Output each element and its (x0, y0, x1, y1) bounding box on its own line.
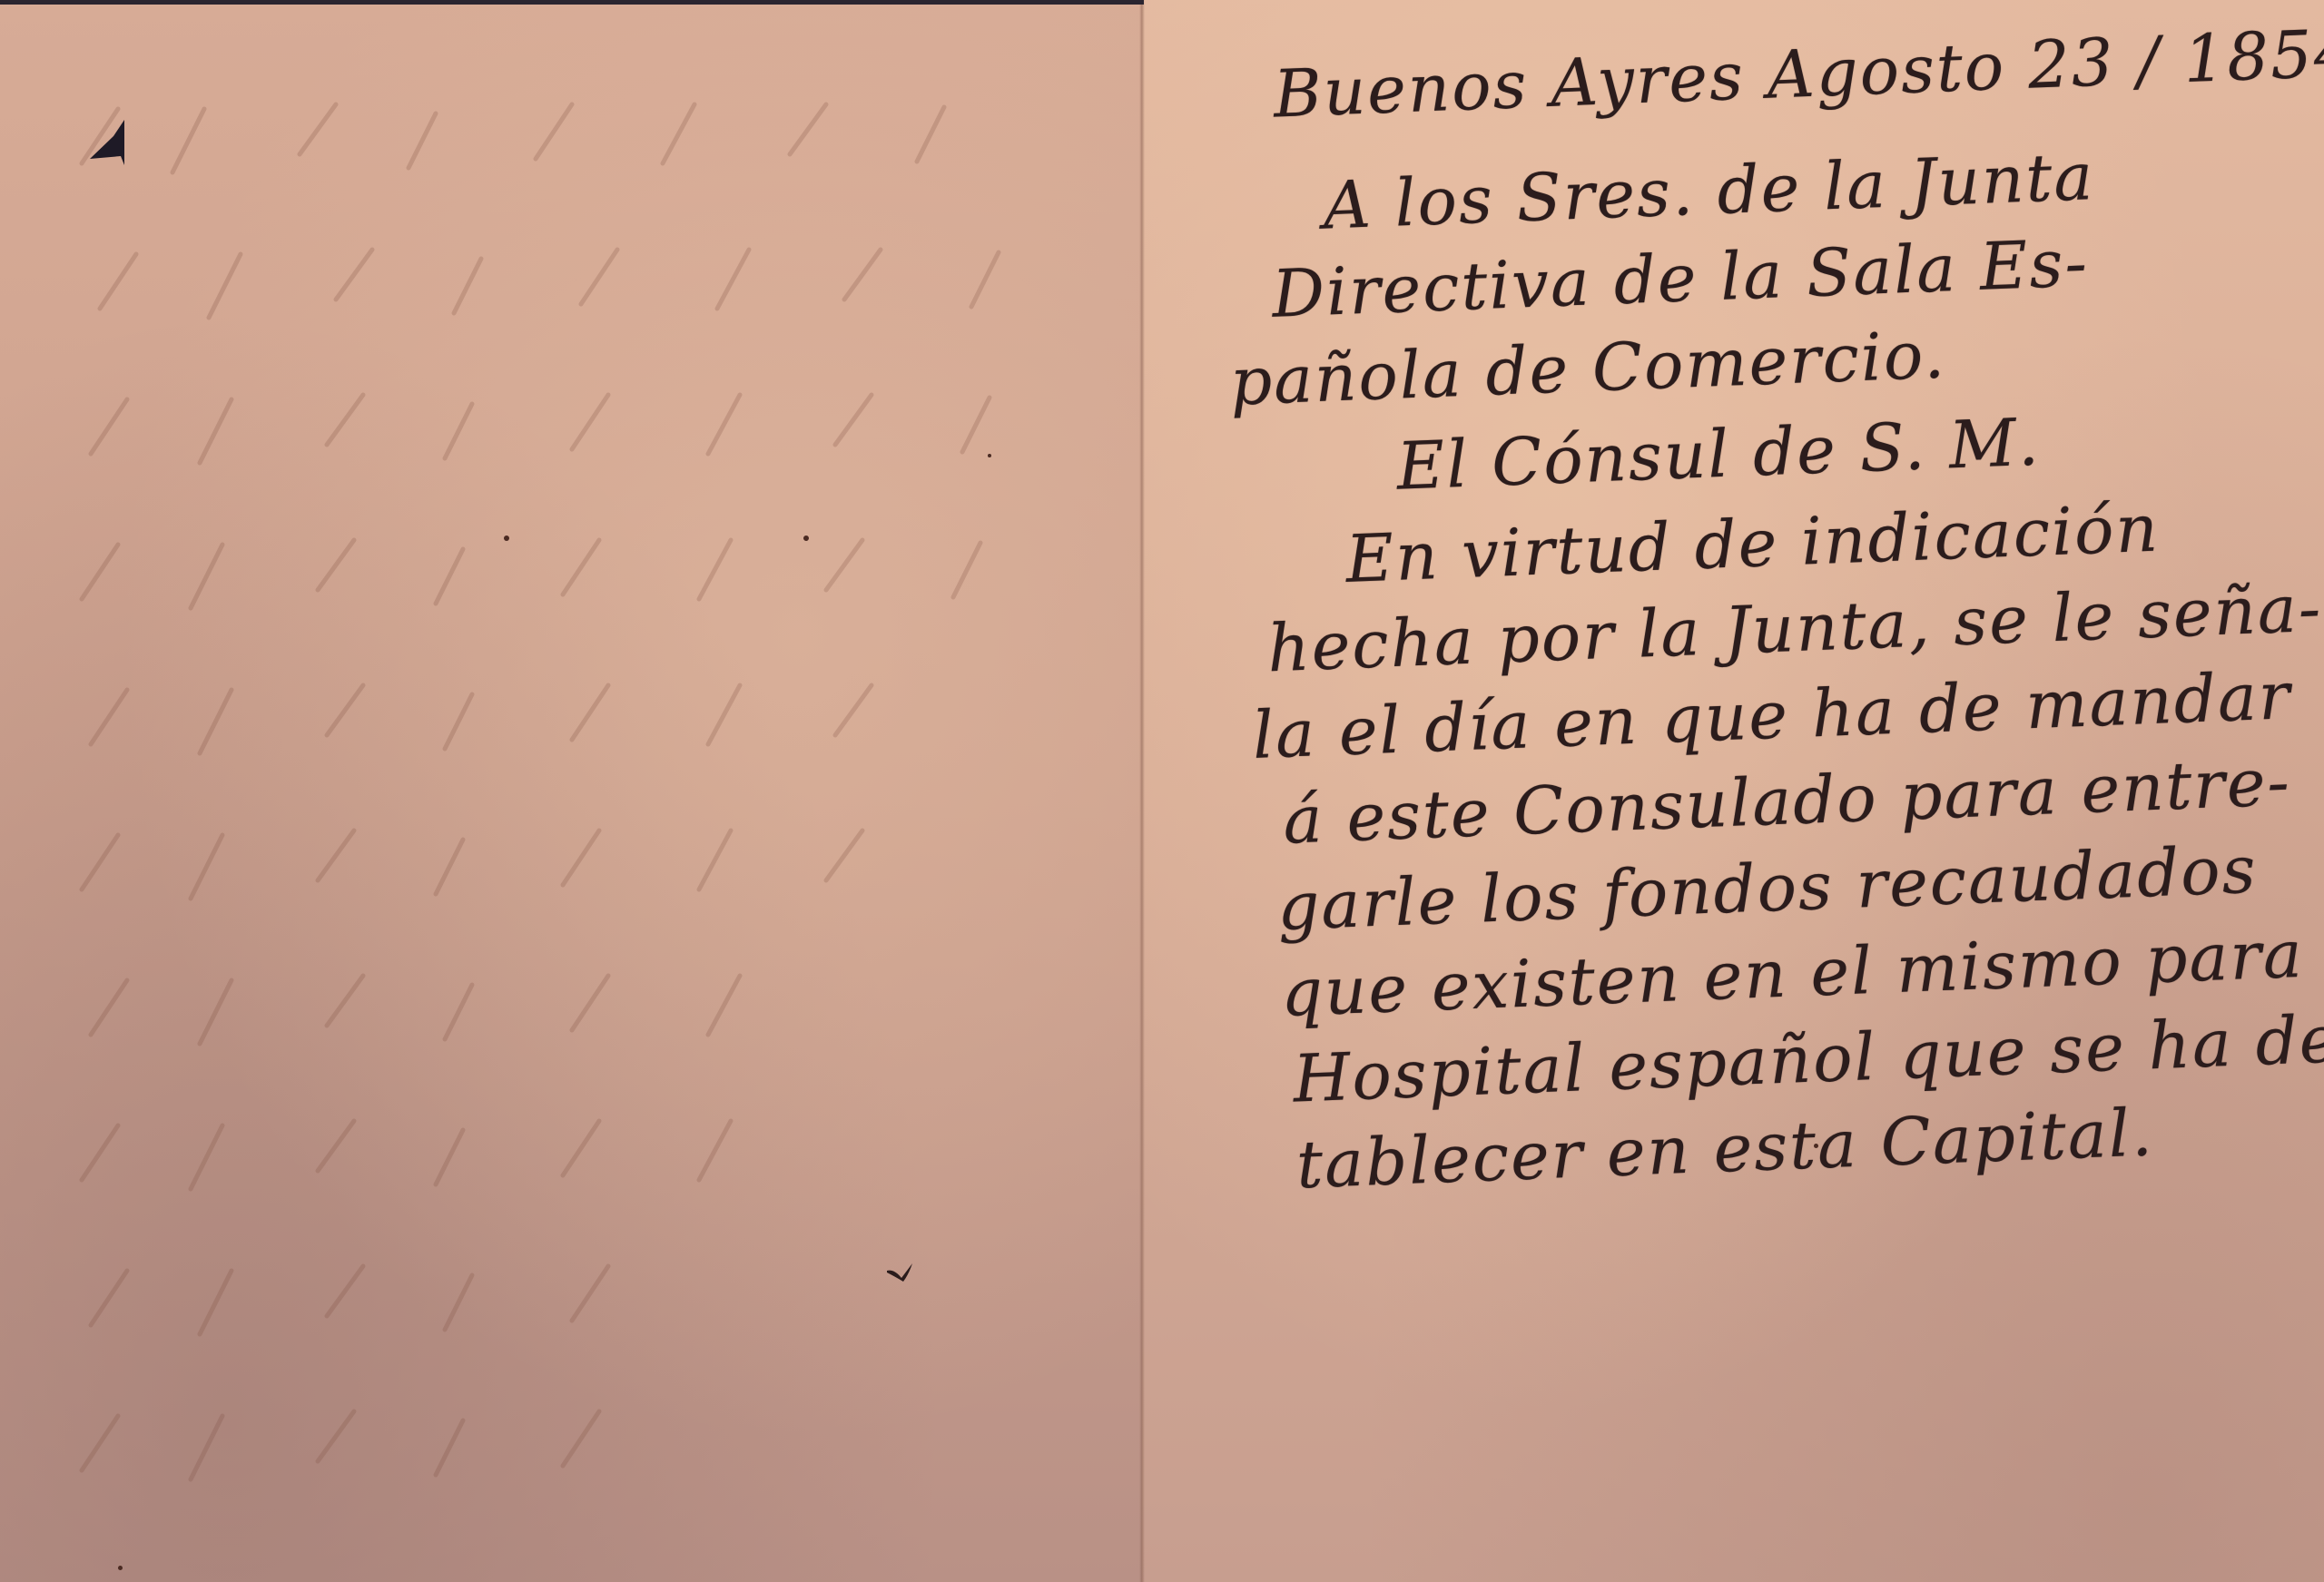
ink-speck (803, 536, 809, 541)
page-fold (1139, 0, 1145, 1582)
left-page (0, 0, 1142, 1582)
open-letter-spread: Buenos Ayres Agosto 23 / 1854. A los Sre… (0, 0, 2324, 1582)
ink-speck (118, 1566, 123, 1570)
ink-speck (504, 536, 509, 541)
paper-tear-mark (885, 1262, 921, 1289)
paper-tear-hole (86, 118, 127, 168)
ink-speck (988, 454, 991, 457)
background-edge (0, 0, 1144, 5)
ink-bleed-through (27, 54, 1117, 1552)
